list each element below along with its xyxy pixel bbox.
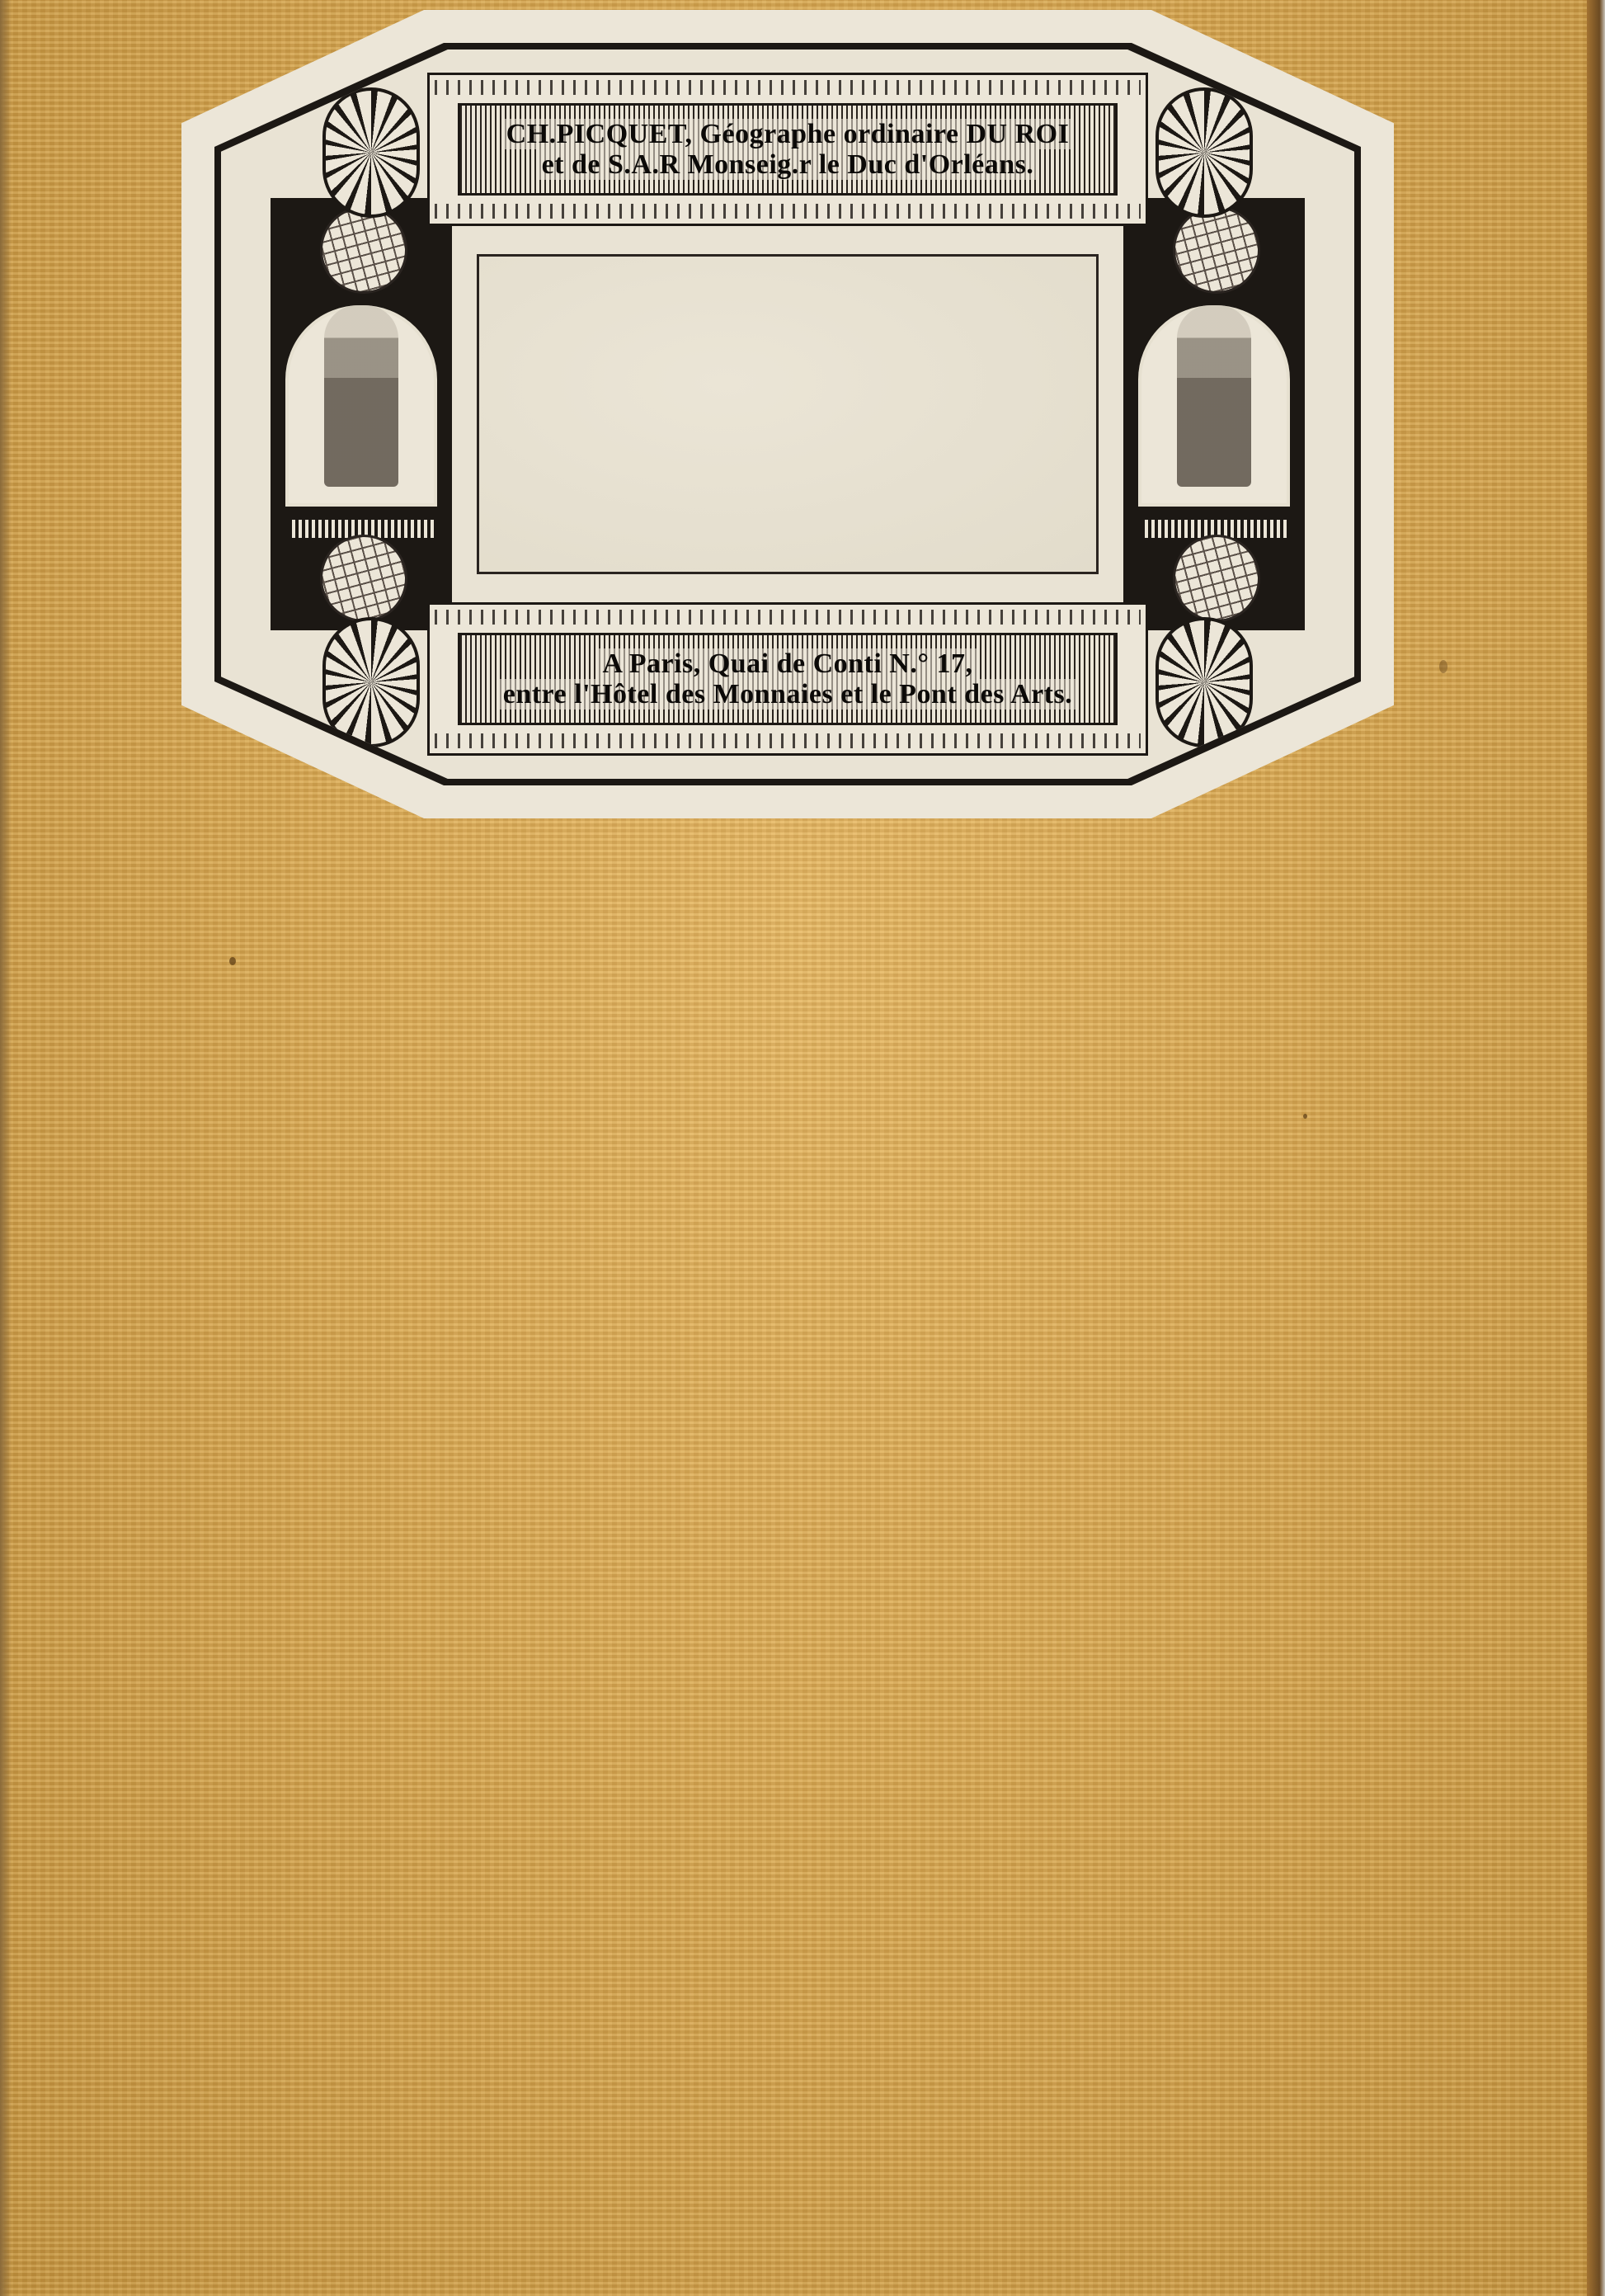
stain-spot bbox=[1303, 1114, 1307, 1119]
publisher-name-text: CH.PICQUET, Géographe ordinaire DU ROI e… bbox=[458, 103, 1118, 196]
address-line-2: entre l'Hôtel des Monnaies et le Pont de… bbox=[498, 679, 1078, 710]
seated-figure-right bbox=[1177, 305, 1251, 487]
blank-title-field bbox=[477, 254, 1099, 574]
address-line-1: A Paris, Quai de Conti N.° 17, bbox=[598, 648, 978, 679]
label-inner-field: CH.PICQUET, Géographe ordinaire DU ROI e… bbox=[221, 50, 1354, 779]
paper-label: CH.PICQUET, Géographe ordinaire DU ROI e… bbox=[181, 10, 1394, 818]
dotted-border bbox=[435, 610, 1141, 625]
dotted-border bbox=[435, 204, 1141, 219]
stain-spot bbox=[229, 957, 236, 965]
dotted-border bbox=[435, 733, 1141, 748]
globe-icon bbox=[320, 206, 407, 294]
gothic-arch bbox=[1138, 305, 1290, 507]
rosette-icon bbox=[1156, 87, 1253, 218]
label-border: CH.PICQUET, Géographe ordinaire DU ROI e… bbox=[214, 43, 1361, 785]
right-ornament-panel bbox=[1123, 198, 1305, 630]
bottom-banner: A Paris, Quai de Conti N.° 17, entre l'H… bbox=[427, 602, 1148, 756]
rosette-icon bbox=[1156, 617, 1253, 747]
rosette-icon bbox=[322, 617, 420, 747]
globe-icon bbox=[1173, 535, 1260, 622]
top-banner: CH.PICQUET, Géographe ordinaire DU ROI e… bbox=[427, 73, 1148, 226]
cover-right-edge bbox=[1587, 0, 1605, 2296]
left-ornament-panel bbox=[271, 198, 452, 630]
publisher-line-2: et de S.A.R Monseig.r le Duc d'Orléans. bbox=[537, 149, 1039, 180]
dotted-border bbox=[435, 80, 1141, 95]
gothic-arch bbox=[285, 305, 437, 507]
seated-figure-left bbox=[324, 305, 398, 487]
stain-spot bbox=[1439, 660, 1447, 673]
cover-left-edge bbox=[0, 0, 12, 2296]
publisher-address-text: A Paris, Quai de Conti N.° 17, entre l'H… bbox=[458, 633, 1118, 725]
globe-icon bbox=[1173, 206, 1260, 294]
publisher-line-1: CH.PICQUET, Géographe ordinaire DU ROI bbox=[501, 119, 1075, 149]
globe-icon bbox=[320, 535, 407, 622]
rosette-icon bbox=[322, 87, 420, 218]
